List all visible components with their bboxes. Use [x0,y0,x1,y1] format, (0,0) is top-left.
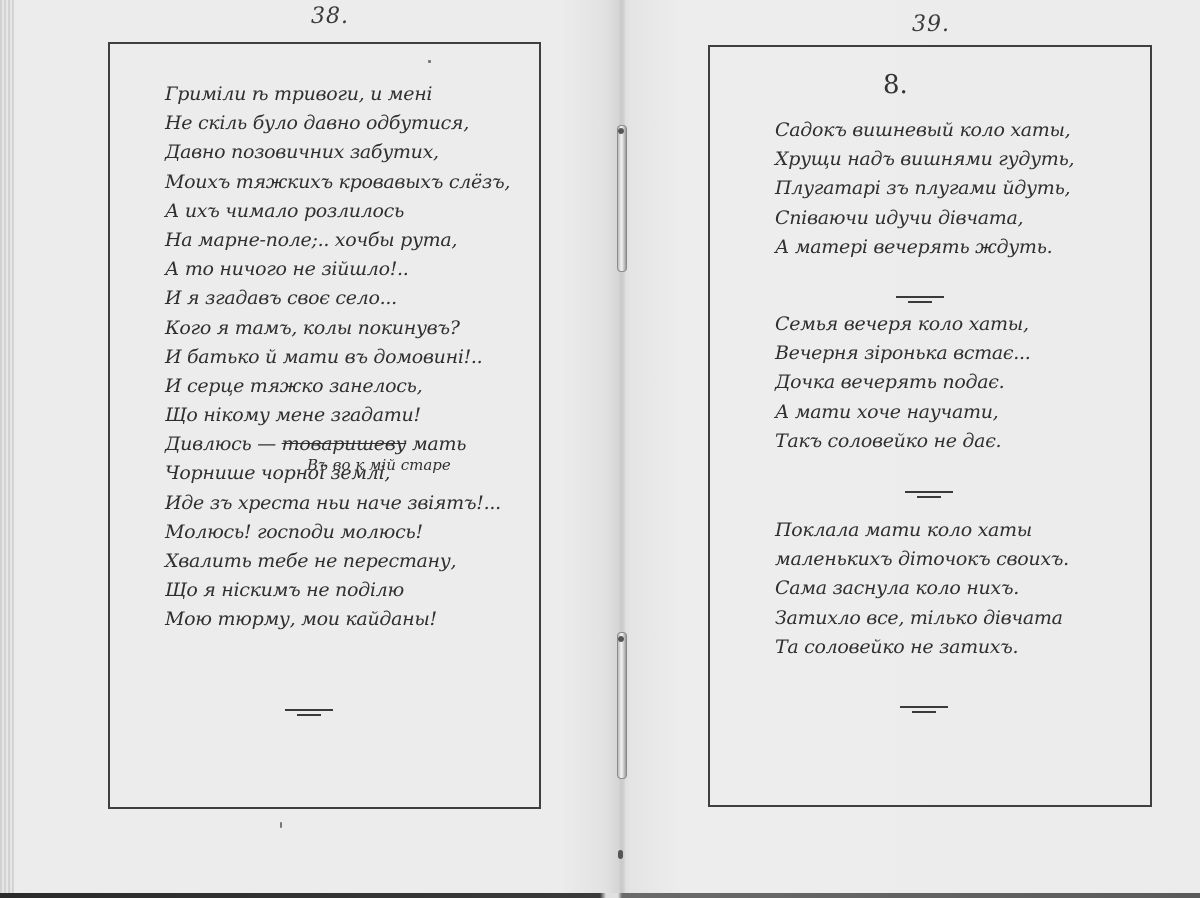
poem-line: Хвалить тебе не перестану, [165,547,535,576]
poem-line: маленькихъ діточокъ своихъ. [775,545,1145,574]
paper-speck [280,822,282,828]
left-page-poem: Гриміли ѣ тривоги, и мені Не скіль було … [165,80,535,635]
inserted-text: Въ во к мій старе [307,456,451,474]
poem-line: Співаючи идучи дівчата, [775,204,1145,233]
right-page-number: 39. [912,12,950,37]
paper-speck [428,60,431,63]
poem-line: Кого я тамъ, колы покинувъ? [165,314,535,343]
poem-line: Плугатарі зъ плугами йдуть, [775,174,1145,203]
poem-line: Дочка вечерять подає. [775,368,1145,397]
poem-line: Семья вечеря коло хаты, [775,310,1145,339]
poem-line: Хрущи надъ вишнями гудуть, [775,145,1145,174]
poem-line: Садокъ вишневый коло хаты, [775,116,1145,145]
poem-line: Що нікому мене згадати! [165,401,535,430]
poem-line: Такъ соловейко не дає. [775,427,1145,456]
book-bottom-edge [0,893,1200,898]
poem-line: А то ничого не зійшло!.. [165,255,535,284]
poem-number: 8. [883,70,908,100]
poem-line: А ихъ чимало розлилось [165,197,535,226]
poem-line: Що я ніскимъ не поділю [165,576,535,605]
poem-line: Мою тюрму, мои кайданы! [165,605,535,634]
binding-stitch-bottom [617,632,627,779]
left-page-number: 38. [311,4,349,29]
poem-line: Сама заснула коло нихъ. [775,574,1145,603]
poem-line: Гриміли ѣ тривоги, и мені [165,80,535,109]
poem-line: Затихло все, тілько дівчата [775,604,1145,633]
end-of-poem-divider [900,706,948,713]
poem-line: А мати хоче научати, [775,398,1145,427]
poem-line: Та соловейко не затихъ. [775,633,1145,662]
binding-stitch-top [617,125,627,272]
poem-line: И серце тяжко занелось, [165,372,535,401]
poem-line: Молюсь! господи молюсь! [165,518,535,547]
stanza-2: Семья вечеря коло хаты, Вечерня зіронька… [775,310,1145,456]
page-edge-stack [0,0,14,893]
stitch-knot-icon [618,850,623,859]
poem-line: Иде зъ хреста ньи наче звіятъ!... [165,489,535,518]
poem-line: И я згадавъ своє село... [165,284,535,313]
poem-line: Вечерня зіронька встає... [775,339,1145,368]
stanza-divider [896,296,944,303]
struck-text: товаришеву [282,433,407,455]
stitch-knot-icon [618,128,624,134]
stitch-knot-icon [618,636,624,642]
poem-line: На марне-поле;.. хочбы рута, [165,226,535,255]
poem-line: И батько й мати въ домовині!.. [165,343,535,372]
stanza-1: Садокъ вишневый коло хаты, Хрущи надъ ви… [775,116,1145,262]
poem-line: Давно позовичних забутих, [165,138,535,167]
poem-line: Не скіль було давно одбутися, [165,109,535,138]
poem-line: А матері вечерять ждуть. [775,233,1145,262]
end-of-poem-divider [285,709,333,716]
stanza-3: Поклала мати коло хаты маленькихъ діточо… [775,516,1145,662]
poem-line: Моихъ тяжкихъ кровавыхъ слёзъ, [165,168,535,197]
poem-line: Поклала мати коло хаты [775,516,1145,545]
handwritten-correction: Въ во к мій старе [307,456,451,474]
stanza-divider [905,491,953,498]
